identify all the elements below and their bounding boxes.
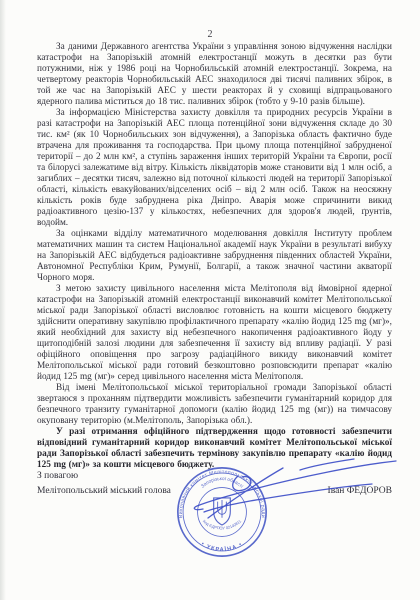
signer-name: Іван ФЕДОРОВ (328, 486, 392, 496)
signer-title: Мелітопольський міський голова (37, 486, 171, 496)
trident-emblem-icon (214, 498, 231, 525)
body-paragraph: За інформацією Міністерства захисту довк… (37, 108, 392, 229)
body-paragraph: З метою захисту цивільного населення міс… (37, 284, 392, 383)
body-paragraph: За оцінками відділу математичного моделю… (37, 229, 392, 284)
official-stamp: Виконавчий комітет Мелітопольської міськ… (168, 462, 276, 562)
body-paragraph: Від імені Мелітопольської міської терито… (37, 383, 392, 427)
svg-text:• УКРАЇНА •: • УКРАЇНА • (200, 541, 244, 553)
stamp-country-text: • УКРАЇНА • (200, 541, 244, 553)
scanned-letter-page: 2 За даними Державного агентства України… (0, 0, 420, 600)
scan-edge-shadow (0, 0, 6, 600)
page-number: 2 (0, 29, 420, 40)
letter-body: За даними Державного агентства України з… (37, 42, 392, 471)
body-paragraph: За даними Державного агентства України з… (37, 42, 392, 108)
